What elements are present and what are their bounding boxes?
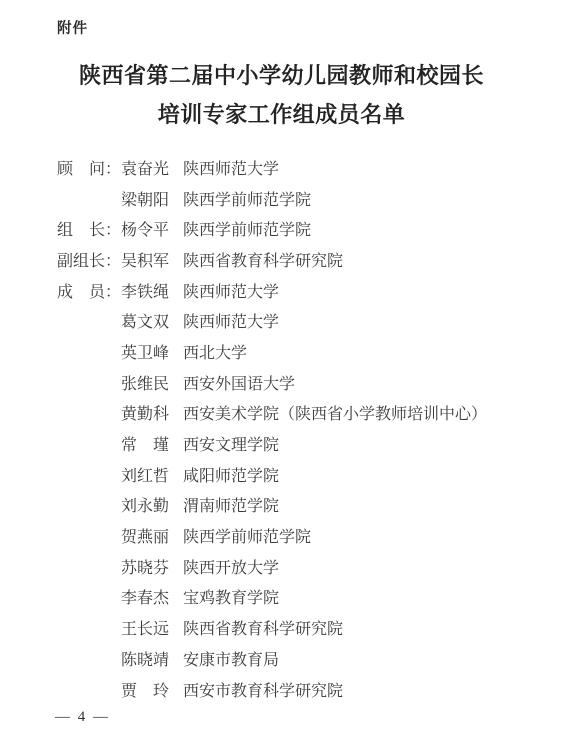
roster-row: 英卫峰 西北大学 bbox=[57, 336, 553, 367]
member-name: 吴积军 bbox=[121, 248, 171, 271]
page-number: — 4 — bbox=[55, 709, 110, 726]
roster: 顾 问： 袁奋光 陕西师范大学 梁朝阳 陕西学前师范学院 组 长： 杨令平 陕西… bbox=[57, 152, 553, 704]
member-institution: 渭南师范学院 bbox=[183, 493, 279, 516]
member-name: 贾 玲 bbox=[121, 678, 171, 701]
member-institution: 陕西学前师范学院 bbox=[183, 187, 311, 210]
roster-row: 王长远 陕西省教育科学研究院 bbox=[57, 612, 553, 643]
roster-row: 葛文双 陕西师范大学 bbox=[57, 305, 553, 336]
roster-row: 李春杰 宝鸡教育学院 bbox=[57, 582, 553, 613]
member-name: 刘红哲 bbox=[121, 463, 171, 486]
member-institution: 陕西师范大学 bbox=[183, 279, 279, 302]
role-label: 成 员 bbox=[57, 279, 105, 302]
member-institution: 咸阳师范学院 bbox=[183, 463, 279, 486]
member-name: 葛文双 bbox=[121, 309, 171, 332]
member-institution: 陕西省教育科学研究院 bbox=[183, 616, 343, 639]
member-institution: 安康市教育局 bbox=[183, 647, 279, 670]
document-page: 附件 陕西省第二届中小学幼儿园教师和校园长 培训专家工作组成员名单 顾 问： 袁… bbox=[0, 0, 563, 748]
role-label: 副组长 bbox=[57, 248, 105, 271]
roster-row: 梁朝阳 陕西学前师范学院 bbox=[57, 183, 553, 214]
roster-row: 刘永勤 渭南师范学院 bbox=[57, 490, 553, 521]
member-name: 刘永勤 bbox=[121, 493, 171, 516]
roster-row: 副组长： 吴积军 陕西省教育科学研究院 bbox=[57, 244, 553, 275]
member-institution: 西安市教育科学研究院 bbox=[183, 678, 343, 701]
roster-row: 贺燕丽 陕西学前师范学院 bbox=[57, 520, 553, 551]
role-label: 顾 问 bbox=[57, 156, 105, 179]
member-name: 李铁绳 bbox=[121, 279, 171, 302]
roster-row: 刘红哲 咸阳师范学院 bbox=[57, 459, 553, 490]
member-name: 王长远 bbox=[121, 616, 171, 639]
roster-row: 苏晓芬 陕西开放大学 bbox=[57, 551, 553, 582]
member-name: 杨令平 bbox=[121, 217, 171, 240]
member-institution: 陕西省教育科学研究院 bbox=[183, 248, 343, 271]
attachment-label: 附件 bbox=[57, 17, 88, 38]
role-colon: ： bbox=[105, 279, 121, 302]
member-institution: 西安美术学院（陕西省小学教师培训中心） bbox=[183, 401, 487, 424]
member-institution: 陕西师范大学 bbox=[183, 309, 279, 332]
member-name: 陈晓靖 bbox=[121, 647, 171, 670]
roster-row: 陈晓靖 安康市教育局 bbox=[57, 643, 553, 674]
roster-row: 常 瑾 西安文理学院 bbox=[57, 428, 553, 459]
roster-row: 黄勤科 西安美术学院（陕西省小学教师培训中心） bbox=[57, 398, 553, 429]
member-institution: 陕西开放大学 bbox=[183, 555, 279, 578]
role-colon: ： bbox=[105, 217, 121, 240]
member-institution: 西安文理学院 bbox=[183, 432, 279, 455]
member-institution: 陕西师范大学 bbox=[183, 156, 279, 179]
member-institution: 陕西学前师范学院 bbox=[183, 524, 311, 547]
member-name: 李春杰 bbox=[121, 585, 171, 608]
roster-row: 成 员： 李铁绳 陕西师范大学 bbox=[57, 275, 553, 306]
document-title-line1: 陕西省第二届中小学幼儿园教师和校园长 bbox=[0, 56, 563, 95]
member-name: 张维民 bbox=[121, 371, 171, 394]
member-institution: 宝鸡教育学院 bbox=[183, 585, 279, 608]
member-institution: 西安外国语大学 bbox=[183, 371, 295, 394]
role-colon: ： bbox=[105, 248, 121, 271]
member-name: 常 瑾 bbox=[121, 432, 171, 455]
role-colon: ： bbox=[105, 156, 121, 179]
roster-row: 贾 玲 西安市教育科学研究院 bbox=[57, 674, 553, 705]
member-name: 梁朝阳 bbox=[121, 187, 171, 210]
document-title-line2: 培训专家工作组成员名单 bbox=[0, 95, 563, 134]
document-title: 陕西省第二届中小学幼儿园教师和校园长 培训专家工作组成员名单 bbox=[0, 56, 563, 134]
member-name: 黄勤科 bbox=[121, 401, 171, 424]
member-name: 苏晓芬 bbox=[121, 555, 171, 578]
member-institution: 西北大学 bbox=[183, 340, 247, 363]
role-label: 组 长 bbox=[57, 217, 105, 240]
roster-row: 张维民 西安外国语大学 bbox=[57, 367, 553, 398]
member-institution: 陕西学前师范学院 bbox=[183, 217, 311, 240]
roster-row: 顾 问： 袁奋光 陕西师范大学 bbox=[57, 152, 553, 183]
roster-row: 组 长： 杨令平 陕西学前师范学院 bbox=[57, 213, 553, 244]
member-name: 英卫峰 bbox=[121, 340, 171, 363]
member-name: 袁奋光 bbox=[121, 156, 171, 179]
member-name: 贺燕丽 bbox=[121, 524, 171, 547]
